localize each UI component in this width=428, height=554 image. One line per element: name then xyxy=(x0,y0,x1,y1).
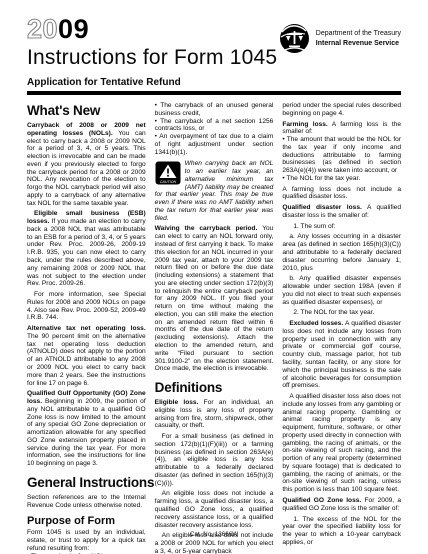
agency-irs: Internal Revenue Service xyxy=(316,39,401,48)
paragraph-text: If you made an election to carry back a … xyxy=(27,218,146,287)
header-title-block: 2009 Instructions for Form 1045 xyxy=(27,16,277,70)
whats-new-heading: What's New xyxy=(27,103,146,118)
paragraph-excluded-losses: Excluded losses. A qualified disaster lo… xyxy=(282,320,401,390)
purpose-of-form-heading: Purpose of Form xyxy=(27,515,146,527)
page-title: Instructions for Form 1045 xyxy=(27,46,277,70)
list-item-sum: 1. The sum of: xyxy=(282,223,401,231)
paragraph-eligible-loss: Eligible loss. For an individual, an eli… xyxy=(155,399,274,430)
paragraph-more-info: For more information, see Special Rules … xyxy=(27,291,146,322)
paragraph-lead: Qualified GO Zone loss. xyxy=(282,497,361,504)
list-item-2: 2. The NOL for the tax year. xyxy=(282,309,401,317)
form-subtitle: Application for Tentative Refund xyxy=(27,77,401,88)
paragraph-farming-tail: A farming loss does not include a qualif… xyxy=(282,186,401,202)
text-columns: What's New Carryback of 2008 or 2009 net… xyxy=(27,102,401,554)
general-instructions-heading: General Instructions xyxy=(27,475,146,490)
list-item-a: a. Any losses occurring in a disaster ar… xyxy=(282,233,401,272)
paragraph-atnol: Alternative tax net operating loss. The … xyxy=(27,325,146,387)
header-rule xyxy=(27,91,401,95)
paragraph-section-references: Section references are to the Internal R… xyxy=(27,494,146,510)
paragraph-waiving: Waiving the carryback period. You can el… xyxy=(155,225,274,373)
paragraph-lead: Alternative tax net operating loss. xyxy=(27,325,146,332)
paragraph-text: You can elect to carry an NOL forward on… xyxy=(155,225,274,372)
paragraph-carryback: Carryback of 2008 or 2009 net operating … xyxy=(27,122,146,207)
agency-name: Department of the Treasury Internal Reve… xyxy=(316,29,401,47)
bullet-1256-loss: The carryback of a net section 1256 cont… xyxy=(155,118,274,134)
caution-note: CAUTION When carrying back an NOL to an … xyxy=(155,160,274,222)
paragraph-text: Beginning in 2009, the portion of any NO… xyxy=(27,398,146,467)
paragraph-text: You can elect to carry back a 2008 or 20… xyxy=(27,130,146,207)
bullet-farming-nol: The amount that would be the NOL for the… xyxy=(282,136,401,175)
list-item-b: b. Any qualified disaster expenses allow… xyxy=(282,275,401,306)
definitions-heading: Definitions xyxy=(155,380,274,395)
paragraph-go-zone: Qualified Gulf Opportunity (GO) Zone los… xyxy=(27,390,146,468)
paragraph-gambling: A qualified disaster loss also does not … xyxy=(282,393,401,494)
paragraph-lead: Farming loss. xyxy=(282,121,327,128)
paragraph-lead: Waiving the carryback period. xyxy=(155,225,258,232)
form-year: 2009 xyxy=(27,16,277,43)
catalog-number: Cat. No. 13666W xyxy=(0,531,428,538)
page-header: 2009 Instructions for Form 1045 Departme… xyxy=(27,16,401,70)
paragraph-lead: Excluded losses. xyxy=(289,320,343,327)
bullet-overpayment: An overpayment of tax due to a claim of … xyxy=(155,133,274,156)
bullet-nol-tax-year: The NOL for the tax year. xyxy=(282,175,401,183)
paragraph-farming-loss: Farming loss. A farming loss is the smal… xyxy=(282,121,401,137)
agency-treasury: Department of the Treasury xyxy=(316,29,401,38)
form-year-bold: 09 xyxy=(58,14,89,44)
agency-block: Department of the Treasury Internal Reve… xyxy=(278,22,401,55)
paragraph-lead: Eligible loss. xyxy=(155,399,199,406)
paragraph-continuation: period under the special rules described… xyxy=(282,102,401,118)
paragraph-qualified-disaster: Qualified disaster loss. A qualified dis… xyxy=(282,204,401,220)
form-year-outline: 20 xyxy=(27,14,58,44)
irs-eagle-logo xyxy=(278,22,311,55)
column-2: The carryback of an unused general busin… xyxy=(155,102,274,554)
paragraph-esb-losses: Eligible small business (ESB) losses. If… xyxy=(27,210,146,288)
paragraph-text: A qualified disaster loss does not inclu… xyxy=(282,320,401,389)
column-3: period under the special rules described… xyxy=(282,102,401,554)
caution-icon: CAUTION xyxy=(155,161,181,185)
paragraph-eligible-excludes: An eligible loss does not include a farm… xyxy=(155,490,274,529)
bullet-business-credit: The carryback of an unused general busin… xyxy=(155,102,274,118)
caution-label: CAUTION xyxy=(160,180,177,184)
column-1: What's New Carryback of 2008 or 2009 net… xyxy=(27,102,146,554)
paragraph-lead: Qualified disaster loss. xyxy=(282,204,361,211)
paragraph-small-business: For a small business (as defined in sect… xyxy=(155,433,274,487)
paragraph-go-zone-loss: Qualified GO Zone loss. For 2009, a qual… xyxy=(282,497,401,513)
paragraph-text: The 90 percent limit on the alternative … xyxy=(27,333,146,387)
document-page: 2009 Instructions for Form 1045 Departme… xyxy=(0,0,428,554)
